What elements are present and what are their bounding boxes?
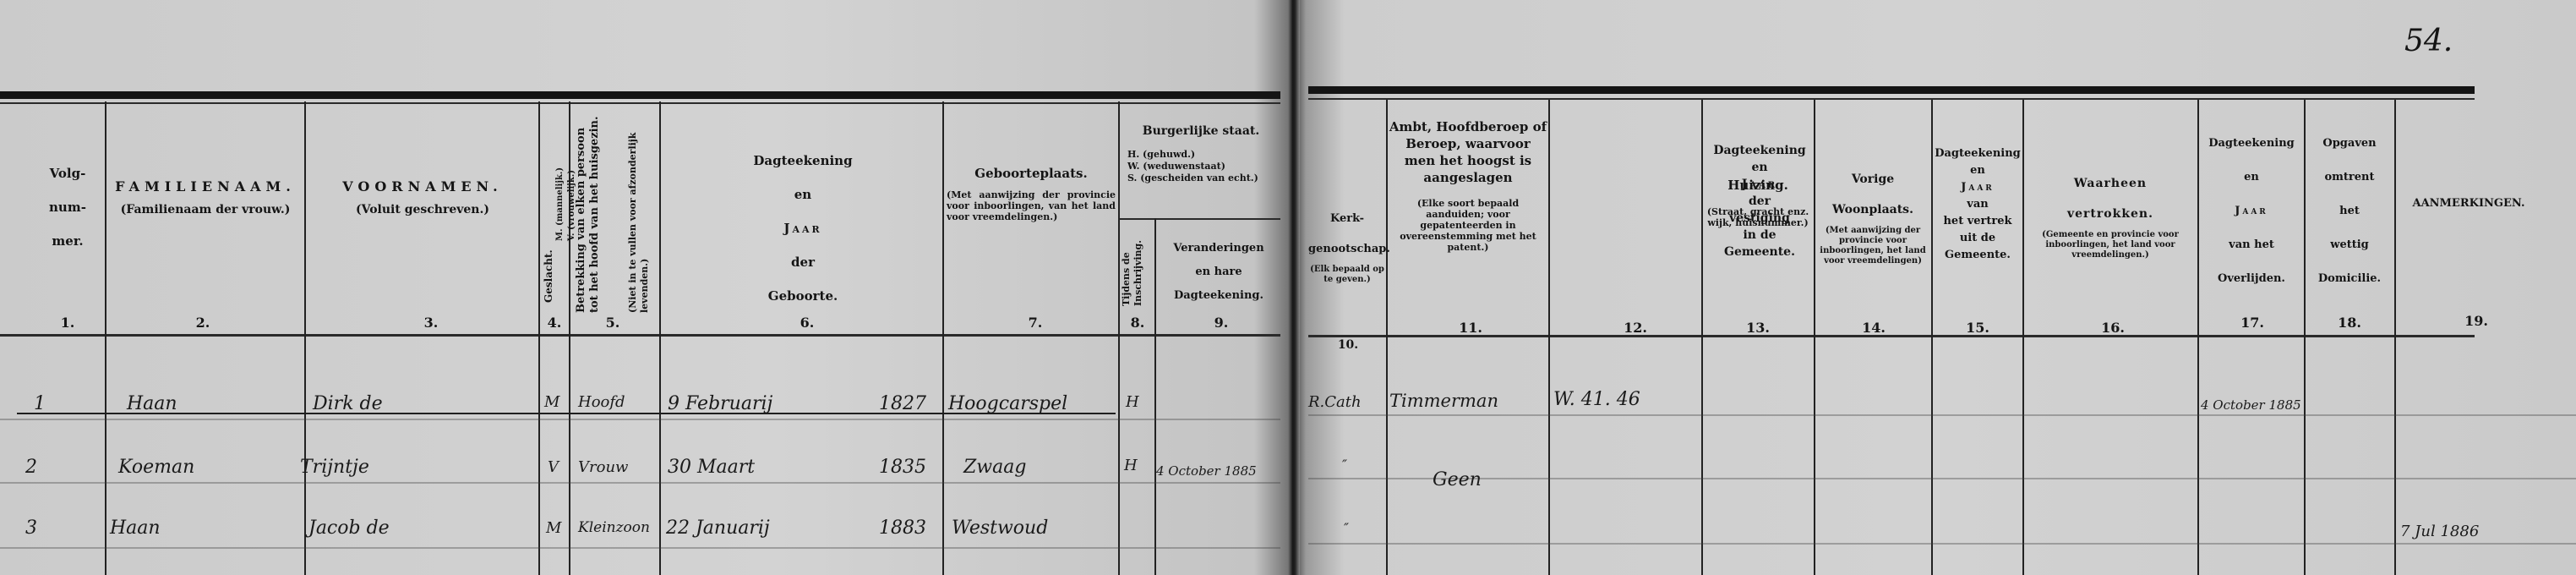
header-voornamen-sub: (Voluit geschreven.) [308,205,537,216]
row-3-geboorte-jaar: 1883 [879,517,926,539]
legend-s: S. (gescheiden van echt.) [1127,172,1281,184]
header-vorige-woonplaats: Vorige Woonplaats. (Met aanwijzing der p… [1815,156,1930,282]
hdr-line: Dagteekening. [1156,284,1281,308]
header-betrekking: Betrekking van elken persoon tot het hoo… [575,110,625,313]
row-1-beroep: Timmerman [1389,391,1498,411]
header-vestiging: Dagteekening en Jaar der vestiging in de… [1706,142,1814,260]
header-burgerlijke-staat-title: Burgerlijke staat. [1121,123,1281,139]
hdr-line: Veranderingen [1156,237,1281,260]
header-beroep: Ambt, Hoofdberoep of Beroep, waarvoor me… [1389,118,1547,253]
header-kerkgenootschap: Kerk- genootschap. (Elk bepaald op te ge… [1308,173,1386,315]
header-kerkgenootschap-sub: (Elk bepaald op te geven.) [1308,265,1386,285]
header-familienaam: FAMILIENAAM. (Familienaam der vrouw.) [108,179,303,216]
col-divider [1118,101,1120,575]
row-line [0,547,1280,549]
col-num-6: 6. [790,315,824,331]
burgerlijke-staat-divider [1120,218,1280,220]
row-1-geboorte-dag: 9 Februarij [668,393,772,414]
row-2-familienaam: Koeman [118,457,194,478]
header-veranderingen: Veranderingen en hare Dagteekening. [1156,237,1281,308]
row-2-beroep: Geen [1433,469,1482,490]
header-kerkgenootschap-title: Kerk- genootschap. [1308,212,1390,255]
row-3-betrekking: Kleinzoon [578,519,650,536]
hdr-line: Geboorte. [668,279,938,313]
hdr-line: Dagteekening [1706,142,1814,159]
col-num-16: 16. [2092,320,2134,336]
row-line [0,482,1280,484]
hdr-line: het [2306,194,2393,228]
row-1-huizing: W. 41. 46 [1553,389,1640,410]
row-2-geslacht: V [548,458,559,476]
hdr-line: wettig [2306,228,2393,262]
row-3-geboorte-dag: 22 Januarij [666,517,770,539]
hdr-line: het vertrek [1933,213,2022,230]
row-3-volgnummer: 3 [25,517,37,539]
header-vorige-woonplaats-sub: (Met aanwijzing der provincie voor inboo… [1815,226,1930,266]
col-num-5: 5. [596,315,630,331]
header-tijdens-inschrijving: Tijdens de Inschrijving. [1121,228,1153,306]
col-num-18: 18. [2328,315,2371,331]
header-voornamen-title: VOORNAMEN. [342,178,502,194]
row-1-familienaam: Haan [127,393,177,414]
row-2-volgnummer: 2 [25,457,37,478]
row-2-burgerlijke-staat: H [1124,457,1138,474]
header-bottom-rule [0,334,1280,337]
row-1-burgerlijke-staat: H [1126,393,1139,411]
header-top-rule-thin [1308,98,2475,100]
hdr-line: vestiging [1706,210,1814,227]
col-divider [1386,100,1388,575]
col-num-11: 11. [1449,320,1492,336]
hdr-line: Dagteekening [1933,145,2022,162]
book-spine [1288,0,1300,575]
header-geboortedatum: Dagteekening en Jaar der Geboorte. [668,144,938,313]
civil-status-legend: H. (gehuwd.) W. (weduwenstaat) S. (gesch… [1121,149,1281,184]
col-divider [659,101,661,575]
row-3-familienaam: Haan [110,517,161,539]
row-2-veranderingen: 4 October 1885 [1156,463,1257,479]
header-burgerlijke-staat: Burgerlijke staat. H. (gehuwd.) W. (wedu… [1121,123,1281,184]
row-line [1308,478,2576,479]
hdr-line: en [668,178,938,211]
col-num-7: 7. [1018,315,1052,331]
header-volgnummer: Volg- num- mer. [34,156,101,258]
row-1-overlijden: 4 October 1885 [2201,397,2301,413]
header-vertrek: Dagteekening en Jaar van het vertrek uit… [1933,145,2022,264]
header-voornamen: VOORNAMEN. (Voluit geschreven.) [308,179,537,216]
col-num-3: 3. [414,315,448,331]
row-2-geboorte-jaar: 1835 [879,457,926,478]
header-top-rule [0,91,1280,99]
header-vorige-woonplaats-title: Vorige Woonplaats. [1832,172,1913,216]
hdr-line: van [1933,196,2022,213]
col-num-14: 14. [1853,320,1895,336]
header-geboorteplaats-sub: (Met aanwijzing der provincie voor inboo… [947,189,1116,222]
header-geslacht-main: Geslacht. [543,249,554,303]
row-line [1308,543,2576,545]
col-num-12: 12. [1614,320,1656,336]
row-2-voornamen: Trijntje [300,457,369,478]
hdr-line: der [668,245,938,279]
row-2-geboorteplaats: Zwaag [963,457,1026,478]
hdr-line: Jaar [1933,179,2022,196]
col-num-2: 2. [186,315,220,331]
page-number: 54. [2404,24,2453,58]
hdr-line: en [2200,161,2303,194]
col-divider [1548,100,1550,575]
header-familienaam-title: FAMILIENAAM. [115,178,296,194]
hdr-line: Domicilie. [2306,262,2393,296]
header-familienaam-sub: (Familienaam der vrouw.) [108,205,303,216]
hdr-line: Gemeente. [1706,244,1814,260]
header-overlijden: Dagteekening en Jaar van het Overlijden. [2200,127,2303,296]
hdr-line: Overlijden. [2200,262,2303,296]
row-3-geboorteplaats: Westwoud [952,517,1048,539]
hdr-line: Opgaven [2306,127,2393,161]
col-num-13: 13. [1737,320,1779,336]
header-geslacht: Geslacht. [543,134,554,303]
hdr-line: Dagteekening [668,144,938,178]
col-num-19: 19. [2455,313,2497,329]
header-betrekking-note: (Niet in te vullen voor afzonderlijk lev… [627,110,654,313]
row-1-geboorte-jaar: 1827 [879,393,926,414]
row-1-volgnummer: 1 [34,393,46,414]
hdr-line: Jaar [2200,194,2303,228]
row-2-kerkgenootschap: ″ [1342,457,1347,473]
header-aanmerkingen: Aanmerkingen. [2397,196,2541,211]
header-waarheen-title: Waarheen vertrokken. [2067,177,2153,221]
row-2-betrekking: Vrouw [578,458,628,476]
hdr-line: uit de [1933,230,2022,247]
row-3-aanmerkingen: 7 Jul 1886 [2400,523,2479,540]
col-num-8: 8. [1121,315,1154,331]
col-divider [105,101,106,575]
legend-h: H. (gehuwd.) [1127,149,1281,161]
col-divider [2197,100,2199,575]
row-1-voornamen: Dirk de [313,393,383,414]
header-top-rule [1308,86,2475,94]
header-top-rule-thin [0,102,1280,104]
row-line [1308,414,2576,416]
header-waarheen-sub: (Gemeente en provincie voor inboorlingen… [2025,230,2196,260]
row-3-voornamen: Jacob de [308,517,390,539]
row-1-kerkgenootschap: R.Cath [1308,393,1362,411]
legend-w: W. (weduwenstaat) [1127,161,1281,172]
col-divider [304,101,306,575]
col-divider [942,101,944,575]
col-num-15: 15. [1957,320,1999,336]
hdr-line: en [1933,162,2022,179]
col-divider [2394,100,2396,575]
hdr-line: Gemeente. [1933,247,2022,264]
col-num-1: 1. [51,315,85,331]
header-beroep-sub: (Elke soort bepaald aanduiden; voor gepa… [1389,198,1547,253]
col-divider [2022,100,2024,575]
col-num-17: 17. [2231,315,2273,331]
row-1-geslacht: M [544,393,559,411]
col-num-9: 9. [1204,315,1238,331]
col-divider [1701,100,1703,575]
legend-m: M. (mannelijk.) [555,167,565,241]
row-3-kerkgenootschap: ″ [1344,520,1349,536]
hdr-line: van het [2200,228,2303,262]
header-beroep-title: Ambt, Hoofdberoep of Beroep, waarvoor me… [1389,119,1547,185]
row-3-geslacht: M [546,519,561,537]
col-num-4: 4. [538,315,571,331]
hdr-line: omtrent [2306,161,2393,194]
hdr-line: der [1706,193,1814,210]
header-waarheen: Waarheen vertrokken. (Gemeente en provin… [2025,161,2196,276]
hdr-line: Jaar [1706,176,1814,193]
hdr-line: Dagteekening [2200,127,2303,161]
row-1-geboorteplaats: Hoogcarspel [948,393,1067,414]
row-2-geboorte-dag: 30 Maart [668,457,755,478]
col-divider [538,101,540,575]
header-domicilie: Opgaven omtrent het wettig Domicilie. [2306,127,2393,296]
header-geboorteplaats-title: Geboorteplaats. [974,166,1087,181]
hdr-line: en hare [1156,260,1281,284]
col-num-10: 10. [1331,338,1365,352]
header-geboorteplaats: Geboorteplaats. (Met aanwijzing der prov… [947,166,1116,222]
row-1-betrekking: Hoofd [578,393,625,411]
hdr-line: in de [1706,227,1814,244]
hdr-line: Jaar [668,211,938,245]
row-line [0,419,1280,420]
hdr-line: en [1706,159,1814,176]
